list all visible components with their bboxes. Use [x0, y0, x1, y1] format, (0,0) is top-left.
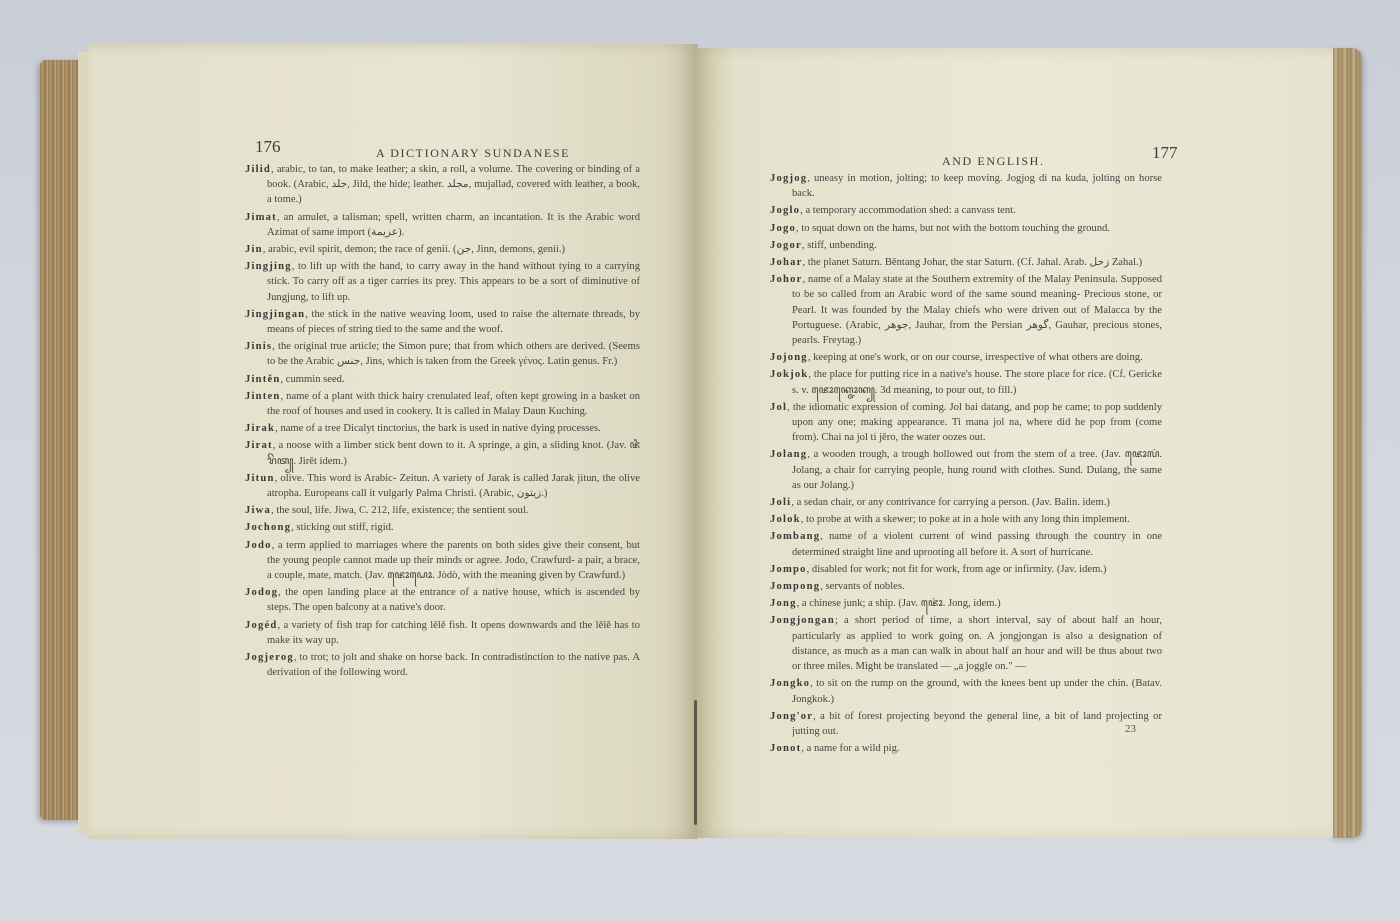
- entry-definition: , disabled for work; not fit for work, f…: [807, 564, 1107, 575]
- entry-definition: , arabic, to tan, to make leather; a ski…: [267, 164, 640, 205]
- entry-headword: Jong: [770, 598, 797, 609]
- entry-headword: Jodo: [245, 540, 272, 551]
- entry-headword: Jirat: [245, 440, 273, 451]
- entry-headword: Johor: [770, 274, 802, 285]
- entry-headword: Jodog: [245, 587, 278, 598]
- entry-definition: , name of a violent current of wind pass…: [792, 531, 1162, 557]
- entry-headword: Jolok: [770, 514, 801, 525]
- dictionary-entry: Joglo, a temporary accommodation shed: a…: [770, 203, 1162, 218]
- dictionary-entry: Jogo, to squat down on the hams, but not…: [770, 221, 1162, 236]
- entry-definition: , olive. This word is Arabic- Zeitun. A …: [267, 473, 640, 499]
- dictionary-entry: Jong'or, a bit of forest projecting beyo…: [770, 709, 1162, 739]
- dictionary-entry: Jintěn, cummin seed.: [245, 372, 640, 387]
- dictionary-entry: Jogjog, uneasy in motion, jolting; to ke…: [770, 171, 1162, 201]
- entry-definition: , to trot; to jolt and shake on horse ba…: [267, 652, 640, 678]
- dictionary-entry: Johor, name of a Malay state at the Sout…: [770, 272, 1162, 348]
- page-number-left: 176: [255, 137, 281, 157]
- entry-headword: Jongjongan: [770, 615, 835, 626]
- entry-headword: Jinten: [245, 391, 280, 402]
- entry-definition: , a term applied to marriages where the …: [267, 540, 640, 581]
- entry-definition: , stiff, unbending.: [802, 240, 877, 251]
- entry-definition: , a name for a wild pig.: [801, 743, 899, 754]
- entry-definition: , the open landing place at the entrance…: [267, 587, 640, 613]
- entry-definition: , a bit of forest projecting beyond the …: [792, 711, 1162, 737]
- left-page: 176 A DICTIONARY SUNDANESE Jilid, arabic…: [88, 44, 698, 839]
- dictionary-entry: Jongko, to sit on the rump on the ground…: [770, 676, 1162, 706]
- entry-headword: Jingjingan: [245, 309, 305, 320]
- entry-definition: , name of a Malay state at the Southern …: [792, 274, 1162, 346]
- dictionary-entry: Jodo, a term applied to marriages where …: [245, 538, 640, 584]
- dictionary-entry: Jinten, name of a plant with thick hairy…: [245, 389, 640, 419]
- entry-definition: , servants of nobles.: [820, 581, 904, 592]
- entry-headword: Jompong: [770, 581, 820, 592]
- dictionary-entry: Jol, the idiomatic expression of coming.…: [770, 400, 1162, 446]
- dictionary-entry: Jojong, keeping at one's work, or on our…: [770, 350, 1162, 365]
- dictionary-entry: Jitun, olive. This word is Arabic- Zeitu…: [245, 471, 640, 501]
- entry-definition: , name of a plant with thick hairy crenu…: [267, 391, 640, 417]
- entry-headword: Jogo: [770, 223, 796, 234]
- entry-definition: , the stick in the native weaving loom, …: [267, 309, 640, 335]
- entry-headword: Jinis: [245, 341, 272, 352]
- dictionary-entry: Jiwa, the soul, life. Jiwa, C. 212, life…: [245, 503, 640, 518]
- entry-definition: , to sit on the rump on the ground, with…: [792, 678, 1162, 704]
- dictionary-entry: Jolang, a wooden trough, a trough hollow…: [770, 447, 1162, 493]
- entry-headword: Jogjerog: [245, 652, 294, 663]
- dictionary-entry: Jompo, disabled for work; not fit for wo…: [770, 562, 1162, 577]
- dictionary-entry: Jong, a chinese junk; a ship. (Jav. ꦗꦺꦴꦁ…: [770, 596, 1162, 611]
- dictionary-entry: Jirat, a noose with a limber stick bent …: [245, 438, 640, 468]
- entry-headword: Jong'or: [770, 711, 813, 722]
- signature-mark: 23: [1125, 723, 1136, 735]
- entry-definition: , uneasy in motion, jolting; to keep mov…: [792, 173, 1162, 199]
- running-head-left: A DICTIONARY SUNDANESE: [376, 146, 570, 161]
- entry-headword: Jogjog: [770, 173, 807, 184]
- entry-headword: Jingjing: [245, 261, 292, 272]
- entry-headword: Jongko: [770, 678, 810, 689]
- entry-headword: Jin: [245, 244, 263, 255]
- entry-definition: , to squat down on the hams, but not wit…: [796, 223, 1110, 234]
- gutter-binding-thread: [694, 700, 697, 825]
- entry-headword: Johar: [770, 257, 802, 268]
- entry-definition: , the soul, life. Jiwa, C. 212, life, ex…: [271, 505, 528, 516]
- dictionary-entry: Jingjing, to lift up with the hand, to c…: [245, 259, 640, 305]
- dictionary-entry: Jogéd, a variety of fish trap for catchi…: [245, 618, 640, 648]
- entry-headword: Jogéd: [245, 620, 277, 631]
- right-page-edges: [1330, 48, 1362, 838]
- dictionary-entry: Jogor, stiff, unbending.: [770, 238, 1162, 253]
- dictionary-entry: Jolok, to probe at with a skewer; to pok…: [770, 512, 1162, 527]
- dictionary-entry: Jimat, an amulet, a talisman; spell, wri…: [245, 210, 640, 240]
- dictionary-entry: Joli, a sedan chair, or any contrivance …: [770, 495, 1162, 510]
- entry-headword: Jochong: [245, 522, 291, 533]
- entry-definition: , cummin seed.: [280, 374, 344, 385]
- entry-headword: Jokjok: [770, 369, 808, 380]
- right-entries: Jogjog, uneasy in motion, jolting; to ke…: [770, 171, 1162, 758]
- dictionary-entry: Jochong, sticking out stiff, rigid.: [245, 520, 640, 535]
- dictionary-entry: Jonot, a name for a wild pig.: [770, 741, 1162, 756]
- entry-headword: Jogor: [770, 240, 802, 251]
- dictionary-entry: Jongjongan; a short period of time, a sh…: [770, 613, 1162, 674]
- dictionary-entry: Jompong, servants of nobles.: [770, 579, 1162, 594]
- entry-definition: , a variety of fish trap for catching lě…: [267, 620, 640, 646]
- entry-definition: , the place for putting rice in a native…: [792, 369, 1162, 395]
- entry-headword: Jilid: [245, 164, 271, 175]
- dictionary-entry: Jokjok, the place for putting rice in a …: [770, 367, 1162, 397]
- entry-headword: Jitun: [245, 473, 275, 484]
- entry-definition: , sticking out stiff, rigid.: [291, 522, 394, 533]
- right-page: AND ENGLISH. 177 Jogjog, uneasy in motio…: [697, 48, 1333, 838]
- page-number-right: 177: [1152, 143, 1178, 163]
- left-entries: Jilid, arabic, to tan, to make leather; …: [245, 162, 640, 683]
- entry-headword: Jompo: [770, 564, 807, 575]
- entry-definition: , the idiomatic expression of coming. Jo…: [787, 402, 1162, 443]
- entry-headword: Joglo: [770, 205, 800, 216]
- open-book: 176 A DICTIONARY SUNDANESE Jilid, arabic…: [0, 0, 1400, 921]
- entry-headword: Jirak: [245, 423, 275, 434]
- entry-definition: , to lift up with the hand, to carry awa…: [267, 261, 640, 302]
- entry-headword: Jombang: [770, 531, 820, 542]
- dictionary-entry: Johar, the planet Saturn. Běntang Johar,…: [770, 255, 1162, 270]
- entry-definition: , a sedan chair, or any contrivance for …: [791, 497, 1110, 508]
- entry-definition: , name of a tree Dicalyt tinctorius, the…: [275, 423, 601, 434]
- entry-definition: , a chinese junk; a ship. (Jav. ꦗꦺꦴꦁ. Jo…: [797, 598, 1001, 609]
- entry-headword: Jojong: [770, 352, 808, 363]
- entry-definition: , keeping at one's work, or on our cours…: [808, 352, 1143, 363]
- dictionary-entry: Jombang, name of a violent current of wi…: [770, 529, 1162, 559]
- entry-definition: , a temporary accommodation shed: a canv…: [800, 205, 1016, 216]
- entry-definition: , an amulet, a talisman; spell, written …: [267, 212, 640, 238]
- entry-headword: Jol: [770, 402, 787, 413]
- entry-definition: , arabic, evil spirit, demon; the race o…: [263, 244, 565, 255]
- entry-definition: , a noose with a limber stick bent down …: [267, 440, 640, 466]
- running-head-right: AND ENGLISH.: [942, 154, 1045, 169]
- dictionary-entry: Jirak, name of a tree Dicalyt tinctorius…: [245, 421, 640, 436]
- entry-definition: ; a short period of time, a short interv…: [792, 615, 1162, 672]
- entry-definition: , the planet Saturn. Běntang Johar, the …: [802, 257, 1142, 268]
- entry-headword: Jimat: [245, 212, 277, 223]
- dictionary-entry: Jodog, the open landing place at the ent…: [245, 585, 640, 615]
- entry-headword: Jiwa: [245, 505, 271, 516]
- dictionary-entry: Jingjingan, the stick in the native weav…: [245, 307, 640, 337]
- entry-headword: Joli: [770, 497, 791, 508]
- dictionary-entry: Jilid, arabic, to tan, to make leather; …: [245, 162, 640, 208]
- dictionary-entry: Jin, arabic, evil spirit, demon; the rac…: [245, 242, 640, 257]
- entry-headword: Jolang: [770, 449, 807, 460]
- entry-headword: Jonot: [770, 743, 801, 754]
- entry-headword: Jintěn: [245, 374, 280, 385]
- entry-definition: , to probe at with a skewer; to poke at …: [801, 514, 1130, 525]
- entry-definition: , a wooden trough, a trough hollowed out…: [792, 449, 1162, 490]
- entry-definition: , the original true article; the Simon p…: [267, 341, 640, 367]
- dictionary-entry: Jinis, the original true article; the Si…: [245, 339, 640, 369]
- dictionary-entry: Jogjerog, to trot; to jolt and shake on …: [245, 650, 640, 680]
